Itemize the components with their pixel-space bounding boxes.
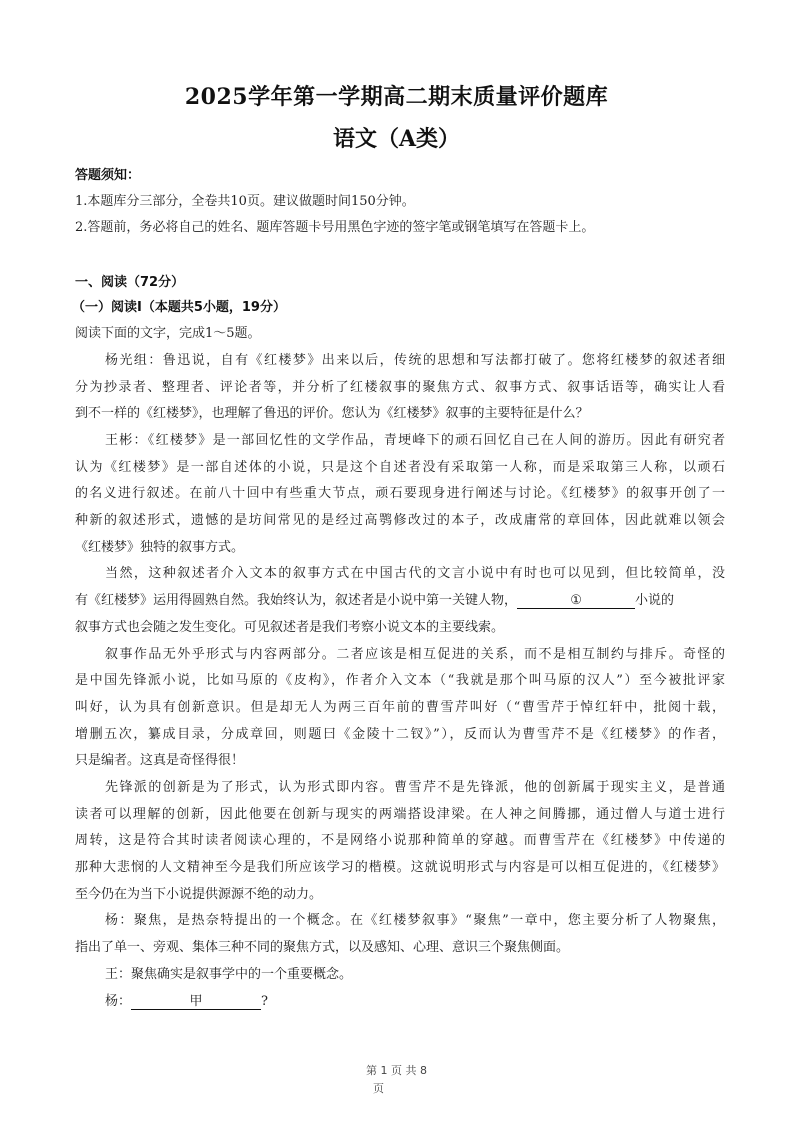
notice-item-1: 1.本题库分三部分，全卷共10页。建议做题时间150分钟。 (75, 194, 725, 210)
passage-text: 小说的 (635, 593, 674, 608)
passage-line: 是中国先锋派小说，比如马原的《皮构》，作者介入文本（“我就是那个叫马原的汉人”）… (75, 673, 725, 689)
page-number: 第 1 页 共 8 (0, 1062, 793, 1078)
passage-line-with-blank-1: 有《红楼梦》运用得圆熟自然。我始终认为，叙述者是小说中第一关键人物，①小说的 (75, 593, 725, 609)
passage-text: 杨： (105, 994, 131, 1009)
passage-line: 那种大悲悯的人文精神至今是我们所应该学习的楷模。这就说明形式与内容是可以相互促进… (75, 860, 725, 876)
blank-label: 甲 (190, 994, 203, 1009)
passage-line: 到不一样的《红楼梦》，也理解了鲁迅的评价。您认为《红楼梦》叙事的主要特征是什么？ (75, 406, 725, 422)
passage-text: ? (261, 994, 268, 1009)
passage-line: 杨光组：鲁迅说，自有《红楼梦》出来以后，传统的思想和写法都打破了。您将红楼梦的叙… (75, 353, 725, 369)
passage-line: 《红楼梦》独特的叙事方式。 (75, 540, 725, 556)
notice-heading: 答题须知： (75, 168, 725, 184)
passage-line: 指出了单一、旁观、集体三种不同的聚焦方式，以及感知、心理、意识三个聚焦侧面。 (75, 940, 725, 956)
page-number-suffix: 页 (0, 1080, 775, 1096)
passage-line: 杨：聚焦，是热奈特提出的一个概念。在《红楼梦叙事》“聚焦”一章中，您主要分析了人… (75, 913, 725, 929)
passage-line: 读者可以理解的创新，因此他要在创新与现实的两端搭设津梁。在人神之间腾挪，通过僧人… (75, 807, 725, 823)
passage-line-with-blank-2: 杨：甲? (75, 994, 725, 1010)
document-subtitle: 语文（A类） (0, 122, 793, 153)
passage-line: 至今仍在为当下小说提供源源不绝的动力。 (75, 887, 725, 903)
passage-line: 周转，这是符合其时读者阅读心理的，不是网络小说那种简单的穿越。而曹雪芹在《红楼梦… (75, 833, 725, 849)
passage-line: 叙事作品无外乎形式与内容两部分。二者应该是相互促进的关系，而不是相互制约与排斥。… (75, 647, 725, 663)
passage-line: 先锋派的创新是为了形式，认为形式即内容。曹雪芹不是先锋派，他的创新属于现实主义，… (75, 780, 725, 796)
section-heading: 一、阅读（72分） (75, 275, 725, 291)
document-title: 2025学年第一学期高二期末质量评价题库 (0, 80, 793, 111)
passage-text: 有《红楼梦》运用得圆熟自然。我始终认为，叙述者是小说中第一关键人物， (75, 593, 517, 608)
passage-line: 当然，这种叙述者介入文本的叙事方式在中国古代的文言小说中有时也可以见到，但比较简… (75, 566, 725, 582)
passage-line: 王：聚焦确实是叙事学中的一个重要概念。 (75, 967, 725, 983)
fill-in-blank-1[interactable]: ① (517, 593, 635, 609)
notice-item-2: 2.答题前，务必将自己的姓名、题库答题卡号用黑色字迹的签字笔或钢笔填写在答题卡上… (75, 220, 725, 236)
passage-line: 王彬：《红楼梦》是一部回忆性的文学作品，青埂峰下的顽石回忆自己在人间的游历。因此… (75, 433, 725, 449)
blank-label: ① (570, 593, 582, 608)
passage-line: 认为《红楼梦》是一部自述体的小说，只是这个自述者没有采取第一人称，而是采取第三人… (75, 460, 725, 476)
passage-line: 的名义进行叙述。在前八十回中有些重大节点，顽石要现身进行阐述与讨论。《红楼梦》的… (75, 486, 725, 502)
passage-line: 叙事方式也会随之发生变化。可见叙述者是我们考察小说文本的主要线索。 (75, 620, 725, 636)
document-page: 2025学年第一学期高二期末质量评价题库 语文（A类） 答题须知： 1.本题库分… (0, 0, 793, 1122)
subsection-heading: （一）阅读I（本题共5小题，19分） (72, 300, 722, 316)
reading-instruction: 阅读下面的文字，完成1～5题。 (75, 326, 725, 342)
fill-in-blank-jia[interactable]: 甲 (131, 994, 261, 1010)
passage-line: 种新的叙述形式，遗憾的是坊间常见的是经过高鹗修改过的本子，改成庸常的章回体，因此… (75, 513, 725, 529)
passage-line: 增删五次，纂成目录，分成章回，则题曰《金陵十二钗》”），反而认为曹雪芹不是《红楼… (75, 727, 725, 743)
passage-line: 只是编者。这真是奇怪得很！ (75, 753, 725, 769)
passage-line: 叫好，认为具有创新意识。但是却无人为两三百年前的曹雪芹叫好（“曹雪芹于悼红轩中，… (75, 700, 725, 716)
passage-line: 分为抄录者、整理者、评论者等，并分析了红楼叙事的聚焦方式、叙事方式、叙事话语等，… (75, 380, 725, 396)
